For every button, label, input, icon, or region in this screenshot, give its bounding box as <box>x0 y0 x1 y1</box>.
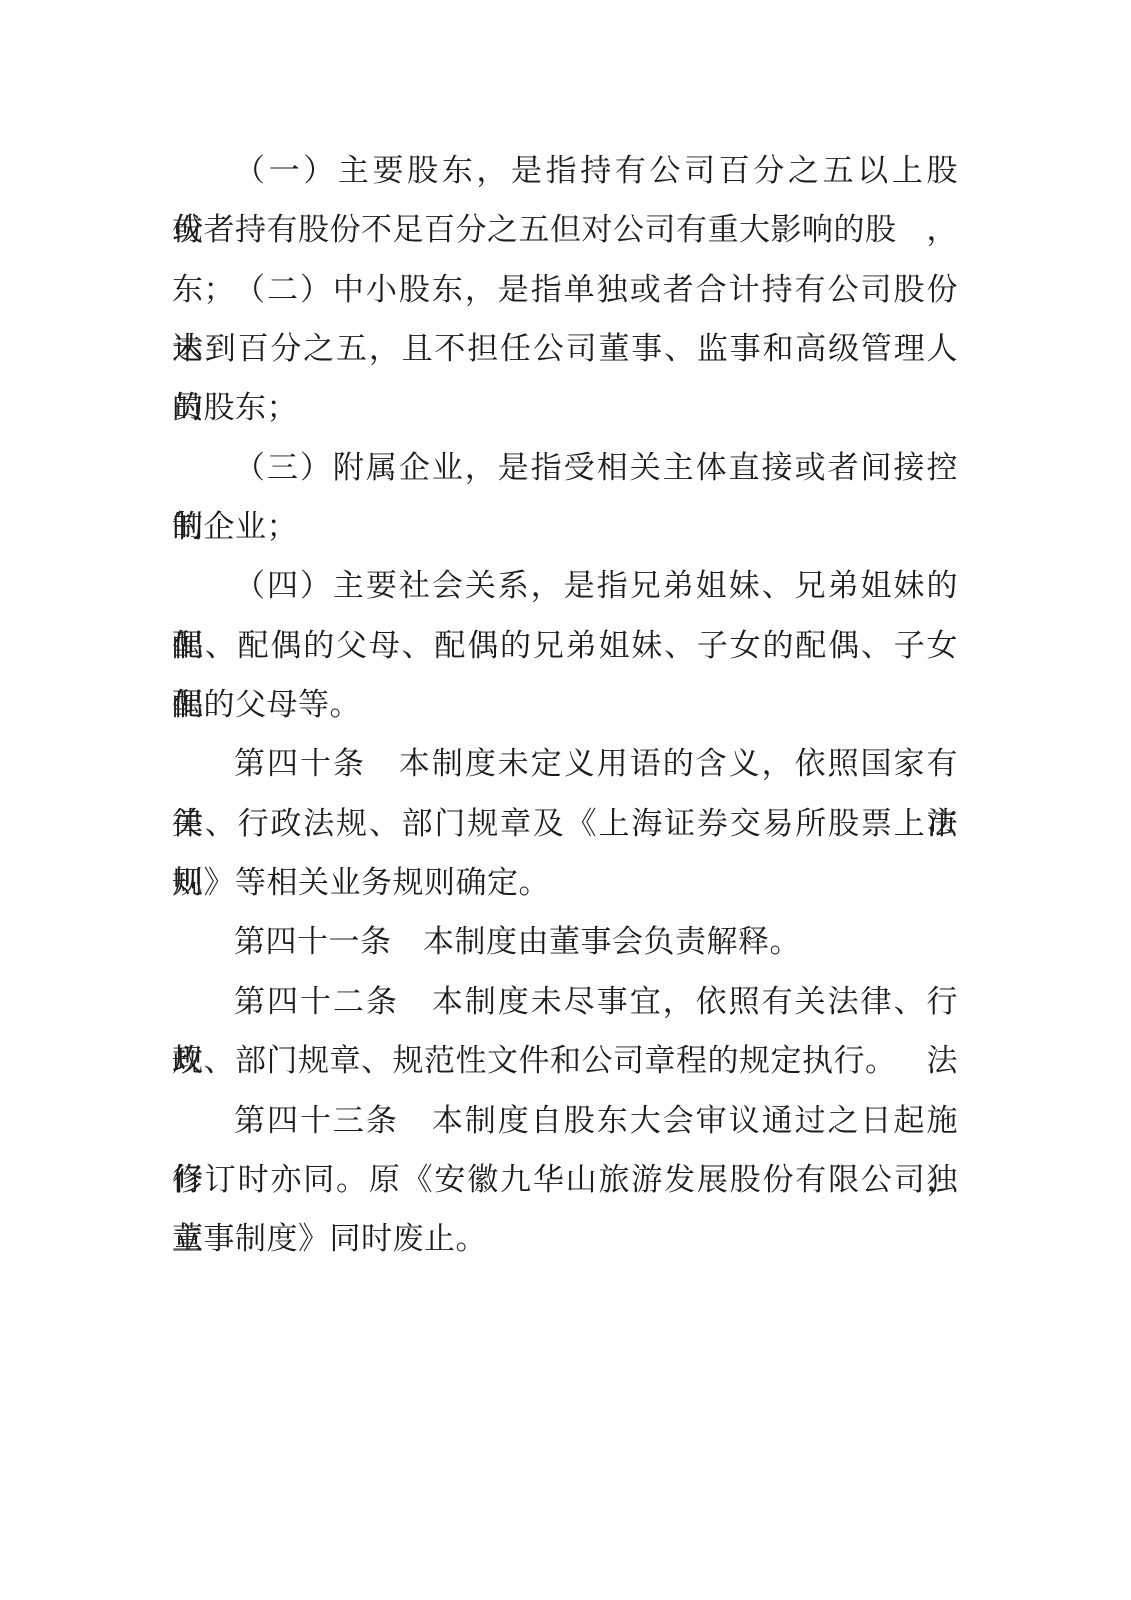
paragraph: 第四十三条 本制度自股东大会审议通过之日起施行， 修订时亦同。原《安徽九华山旅游… <box>172 1091 958 1269</box>
paragraph: （三）附属企业，是指受相关主体直接或者间接控制 的企业； <box>172 438 958 557</box>
text-line: 达到百分之五，且不担任公司董事、监事和高级管理人员 <box>172 319 958 378</box>
document-page: （一）主要股东，是指持有公司百分之五以上股份， 或者持有股份不足百分之五但对公司… <box>0 0 1131 1600</box>
text-line: 第四十二条 本制度未尽事宜，依照有关法律、行政法 <box>172 972 958 1031</box>
document-text-block: （一）主要股东，是指持有公司百分之五以上股份， 或者持有股份不足百分之五但对公司… <box>172 141 958 1269</box>
text-line: （二）中小股东，是指单独或者合计持有公司股份未 <box>172 260 958 319</box>
paragraph: （二）中小股东，是指单独或者合计持有公司股份未 达到百分之五，且不担任公司董事、… <box>172 260 958 438</box>
paragraph: 第四十二条 本制度未尽事宜，依照有关法律、行政法 规、部门规章、规范性文件和公司… <box>172 972 958 1091</box>
text-line: 或者持有股份不足百分之五但对公司有重大影响的股东； <box>172 200 958 259</box>
paragraph: （四）主要社会关系，是指兄弟姐妹、兄弟姐妹的配 偶、配偶的父母、配偶的兄弟姐妹、… <box>172 556 958 734</box>
text-line: 律、行政法规、部门规章及《上海证券交易所股票上市规 <box>172 794 958 853</box>
text-line: 修订时亦同。原《安徽九华山旅游发展股份有限公司独立 <box>172 1150 958 1209</box>
text-line: 董事制度》同时废止。 <box>172 1209 958 1268</box>
text-line: 第四十三条 本制度自股东大会审议通过之日起施行， <box>172 1091 958 1150</box>
text-line: 则》等相关业务规则确定。 <box>172 853 958 912</box>
text-line: 第四十条 本制度未定义用语的含义，依照国家有关法 <box>172 734 958 793</box>
text-line: （一）主要股东，是指持有公司百分之五以上股份， <box>172 141 958 200</box>
text-line: （三）附属企业，是指受相关主体直接或者间接控制 <box>172 438 958 497</box>
text-line: 偶、配偶的父母、配偶的兄弟姐妹、子女的配偶、子女配 <box>172 616 958 675</box>
paragraph: 第四十一条 本制度由董事会负责解释。 <box>172 912 958 971</box>
text-line: 偶的父母等。 <box>172 675 958 734</box>
paragraph: 第四十条 本制度未定义用语的含义，依照国家有关法 律、行政法规、部门规章及《上海… <box>172 734 958 912</box>
text-line: 第四十一条 本制度由董事会负责解释。 <box>172 912 958 971</box>
text-line: 的企业； <box>172 497 958 556</box>
paragraph: （一）主要股东，是指持有公司百分之五以上股份， 或者持有股份不足百分之五但对公司… <box>172 141 958 260</box>
text-line: 规、部门规章、规范性文件和公司章程的规定执行。 <box>172 1031 958 1090</box>
text-line: 的股东； <box>172 378 958 437</box>
text-line: （四）主要社会关系，是指兄弟姐妹、兄弟姐妹的配 <box>172 556 958 615</box>
